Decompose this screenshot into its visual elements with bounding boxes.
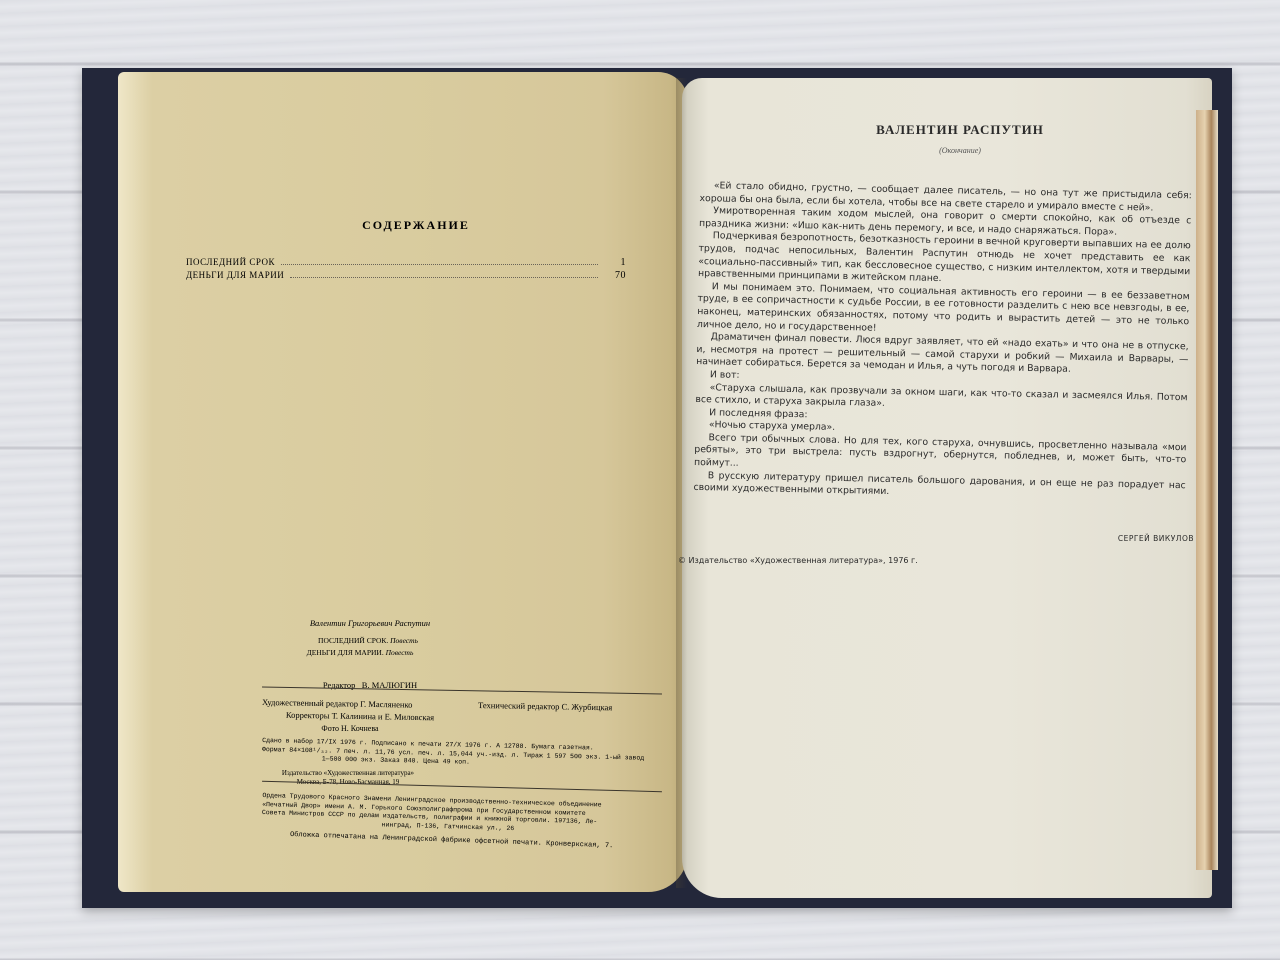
toc-item: ПОСЛЕДНИЙ СРОК 1: [186, 257, 626, 268]
article-subtitle: (Окончание): [840, 146, 1080, 155]
toc-item-label: ПОСЛЕДНИЙ СРОК: [186, 257, 275, 268]
book-gutter: [676, 78, 690, 888]
credits-publisher-address: Москва, Б-78, Ново-Басманная, 19: [128, 778, 568, 786]
page-edges: [1196, 110, 1218, 870]
article-title: ВАЛЕНТИН РАСПУТИН: [840, 122, 1080, 138]
copyright-notice: © Издательство «Художественная литератур…: [678, 556, 918, 565]
credits-author: Валентин Григорьевич Распутин: [150, 618, 590, 628]
toc-item-page: 70: [606, 270, 626, 281]
toc-title: СОДЕРЖАНИЕ: [296, 218, 536, 233]
credits-photo: Фото Н. Кочнева: [130, 724, 570, 733]
toc-item-page: 1: [606, 257, 626, 268]
toc-leader-dots: [290, 270, 598, 278]
credits-work: ДЕНЬГИ ДЛЯ МАРИИ. Повесть: [140, 648, 580, 657]
article-body: «Ей стало обидно, грустно, — сообщает да…: [693, 180, 1191, 505]
credits-work: ПОСЛЕДНИЙ СРОК. Повесть: [148, 636, 588, 645]
credits-publisher: Издательство «Художественная литература»: [128, 769, 568, 777]
toc-item: ДЕНЬГИ ДЛЯ МАРИИ 70: [186, 270, 626, 281]
toc-item-label: ДЕНЬГИ ДЛЯ МАРИИ: [186, 270, 284, 281]
toc-leader-dots: [281, 257, 598, 265]
article-signature: СЕРГЕЙ ВИКУЛОВ: [1118, 534, 1194, 543]
